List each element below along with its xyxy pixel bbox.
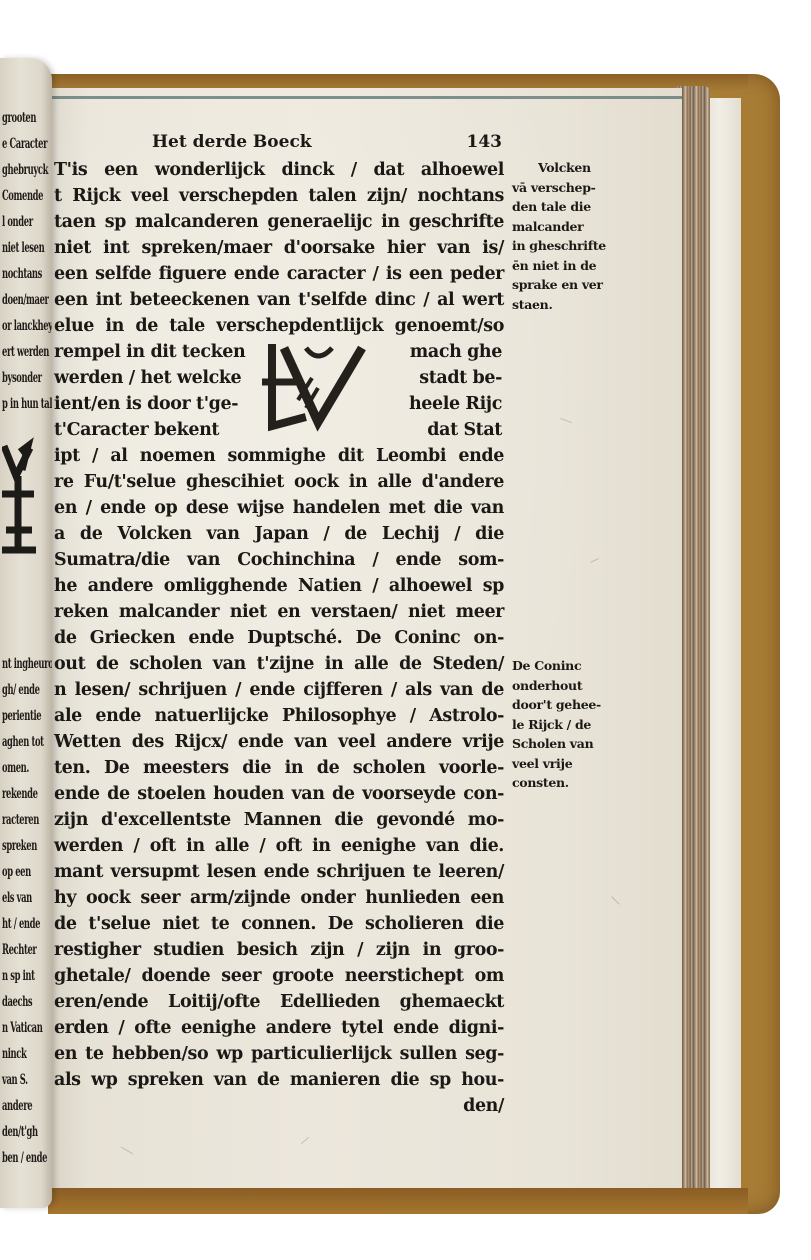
left-page-line: ninck [2, 1046, 26, 1062]
left-page-line: op een [2, 864, 31, 880]
left-page-line: gh/ ende [2, 682, 40, 698]
left-page-line: Rechter [2, 942, 36, 958]
text-line: taen sp malcanderen generaelijc in gesch… [54, 212, 504, 232]
text-line: rempel in dit tecken [54, 342, 244, 362]
left-page-line: bysonder [2, 370, 42, 386]
left-page-line: racteren [2, 812, 39, 828]
flyleaf [705, 98, 741, 1196]
left-page-line: e Caracter [2, 136, 47, 152]
marginal-note-line: Scholen van [512, 734, 622, 754]
text-line: de Griecken ende Duptsché. De Coninc on- [54, 628, 504, 648]
text-line: ende de stoelen houden van de voorseyde … [54, 784, 504, 804]
running-head: Het derde Boeck 143 [152, 132, 502, 152]
text-line-fragment: mach ghe [398, 342, 502, 362]
left-page-line: Comende [2, 188, 43, 204]
text-line: hy oock seer arm/zijnde onder hunlieden … [54, 888, 504, 908]
text-line: ten. De meesters die in de scholen voorl… [54, 758, 504, 778]
text-line-fragment: dat Stat [398, 420, 502, 440]
running-head-title: Het derde Boeck [152, 132, 312, 152]
marginal-note: Volcken vā verschep- den tale die malcan… [512, 158, 622, 314]
cover-bottom-edge [48, 1188, 748, 1214]
marginal-note-line: consten. [512, 773, 622, 793]
text-line: de t'selue niet te connen. De scholieren… [54, 914, 504, 934]
marginal-note-line: onderhout [512, 676, 622, 696]
left-page-curl: grooten e Caracter ghebruyck Comende l o… [0, 58, 52, 1208]
left-page-line: rekende [2, 786, 38, 802]
text-line: reken malcander niet en verstaen/ niet m… [54, 602, 504, 622]
text-line: ale ende natuerlijcke Philosophye / Astr… [54, 706, 504, 726]
marginal-note: De Coninc onderhout door't gehee- le Rij… [512, 656, 622, 793]
text-line: out de scholen van t'zijne in alle de St… [54, 654, 504, 674]
left-page-line: spreken [2, 838, 37, 854]
marginal-note-line: De Coninc [512, 656, 622, 676]
left-page-character-glyph [2, 436, 42, 556]
left-page-line: omen. [2, 760, 29, 776]
text-line: re Fu/t'selue ghescihiet oock in alle d'… [54, 472, 504, 492]
left-page-line: els van [2, 890, 32, 906]
text-line: mant versupmt lesen ende schrijuen te le… [54, 862, 504, 882]
page-top-rule [50, 96, 682, 99]
text-line: T'is een wonderlijck dinck / dat alhoewe… [54, 160, 504, 180]
text-line: en / ende op dese wijse handelen met die… [54, 498, 504, 518]
left-page-line: doen/maer [2, 292, 49, 308]
left-page-line: den/t'gh [2, 1124, 38, 1140]
text-line: eren/ende Loitij/ofte Edellieden ghemaec… [54, 992, 504, 1012]
text-line: ient/en is door t'ge- [54, 394, 244, 414]
left-page-line: van S. [2, 1072, 28, 1088]
left-page-line: nochtans [2, 266, 42, 282]
left-page-line: aghen tot [2, 734, 44, 750]
text-line: he andere omligghende Natien / alhoewel … [54, 576, 504, 596]
text-line-fragment: heele Rijc [398, 394, 502, 414]
left-page-line: niet lesen [2, 240, 44, 256]
text-line: a de Volcken van Japan / de Lechij / die [54, 524, 504, 544]
marginal-note-line: veel vrije [512, 754, 622, 774]
left-page-line: andere [2, 1098, 32, 1114]
marginal-note-line: staen. [512, 295, 622, 315]
marginal-note-line: sprake en ver [512, 275, 622, 295]
marginal-note-line: ēn niet in de [512, 256, 622, 276]
text-line: en te hebben/so wp particulierlijck sull… [54, 1044, 504, 1064]
marginal-note-line: door't gehee- [512, 695, 622, 715]
left-page-line: perientie [2, 708, 41, 724]
left-page-line: ben / ende [2, 1150, 47, 1166]
text-line: elue in de tale verschepdentlijck genoem… [54, 316, 504, 336]
text-line: werden / het welcke [54, 368, 244, 388]
text-line: een int beteeckenen van t'selfde dinc / … [54, 290, 504, 310]
text-line: zijn d'excellentste Mannen die gevondé m… [54, 810, 504, 830]
left-page-line: ert werden [2, 344, 49, 360]
text-line: niet int spreken/maer d'oorsake hier van… [54, 238, 504, 258]
marginal-note-line: malcander [512, 217, 622, 237]
text-line: n lesen/ schrijuen / ende cijfferen / al… [54, 680, 504, 700]
catchword: den/ [444, 1096, 504, 1116]
text-line: restigher studien besich zijn / zijn in … [54, 940, 504, 960]
left-page-line: n Vatican [2, 1020, 42, 1036]
text-line: een selfde figuere ende caracter / is ee… [54, 264, 504, 284]
text-line: ipt / al noemen sommighe dit Leombi ende [54, 446, 504, 466]
left-page-line: nt ingheuro [2, 656, 52, 672]
marginal-note-line: vā verschep- [512, 178, 622, 198]
text-line: Sumatra/die van Cochinchina / ende som- [54, 550, 504, 570]
left-page-line: daechs [2, 994, 32, 1010]
left-page-line: grooten [2, 110, 36, 126]
left-page-line: ghebruyck [2, 162, 48, 178]
left-page-line: or lanckhey [2, 318, 52, 334]
marginal-note-line: den tale die [512, 197, 622, 217]
left-page-line: n sp int [2, 968, 35, 984]
marginal-note-line: Volcken [512, 158, 622, 178]
marginal-note-line: le Rijck / de [512, 715, 622, 735]
text-line: Wetten des Rijcx/ ende van veel andere v… [54, 732, 504, 752]
text-line: erden / ofte eenighe andere tytel ende d… [54, 1018, 504, 1038]
text-line: als wp spreken van de manieren die sp ho… [54, 1070, 504, 1090]
text-line: t Rijck veel verschepden talen zijn/ noc… [54, 186, 504, 206]
left-page-line: ht / ende [2, 916, 40, 932]
page-number: 143 [467, 132, 503, 152]
text-line-fragment: stadt be- [398, 368, 502, 388]
text-line: t'Caracter bekent [54, 420, 244, 440]
marginal-note-line: in gheschrifte [512, 236, 622, 256]
text-line: werden / oft in alle / oft in eenighe va… [54, 836, 504, 856]
left-page-line: l onder [2, 214, 33, 230]
chinese-character-glyph [262, 342, 374, 434]
left-page-line: p in hun tale [2, 396, 52, 412]
text-line: ghetale/ doende seer groote neerstichept… [54, 966, 504, 986]
